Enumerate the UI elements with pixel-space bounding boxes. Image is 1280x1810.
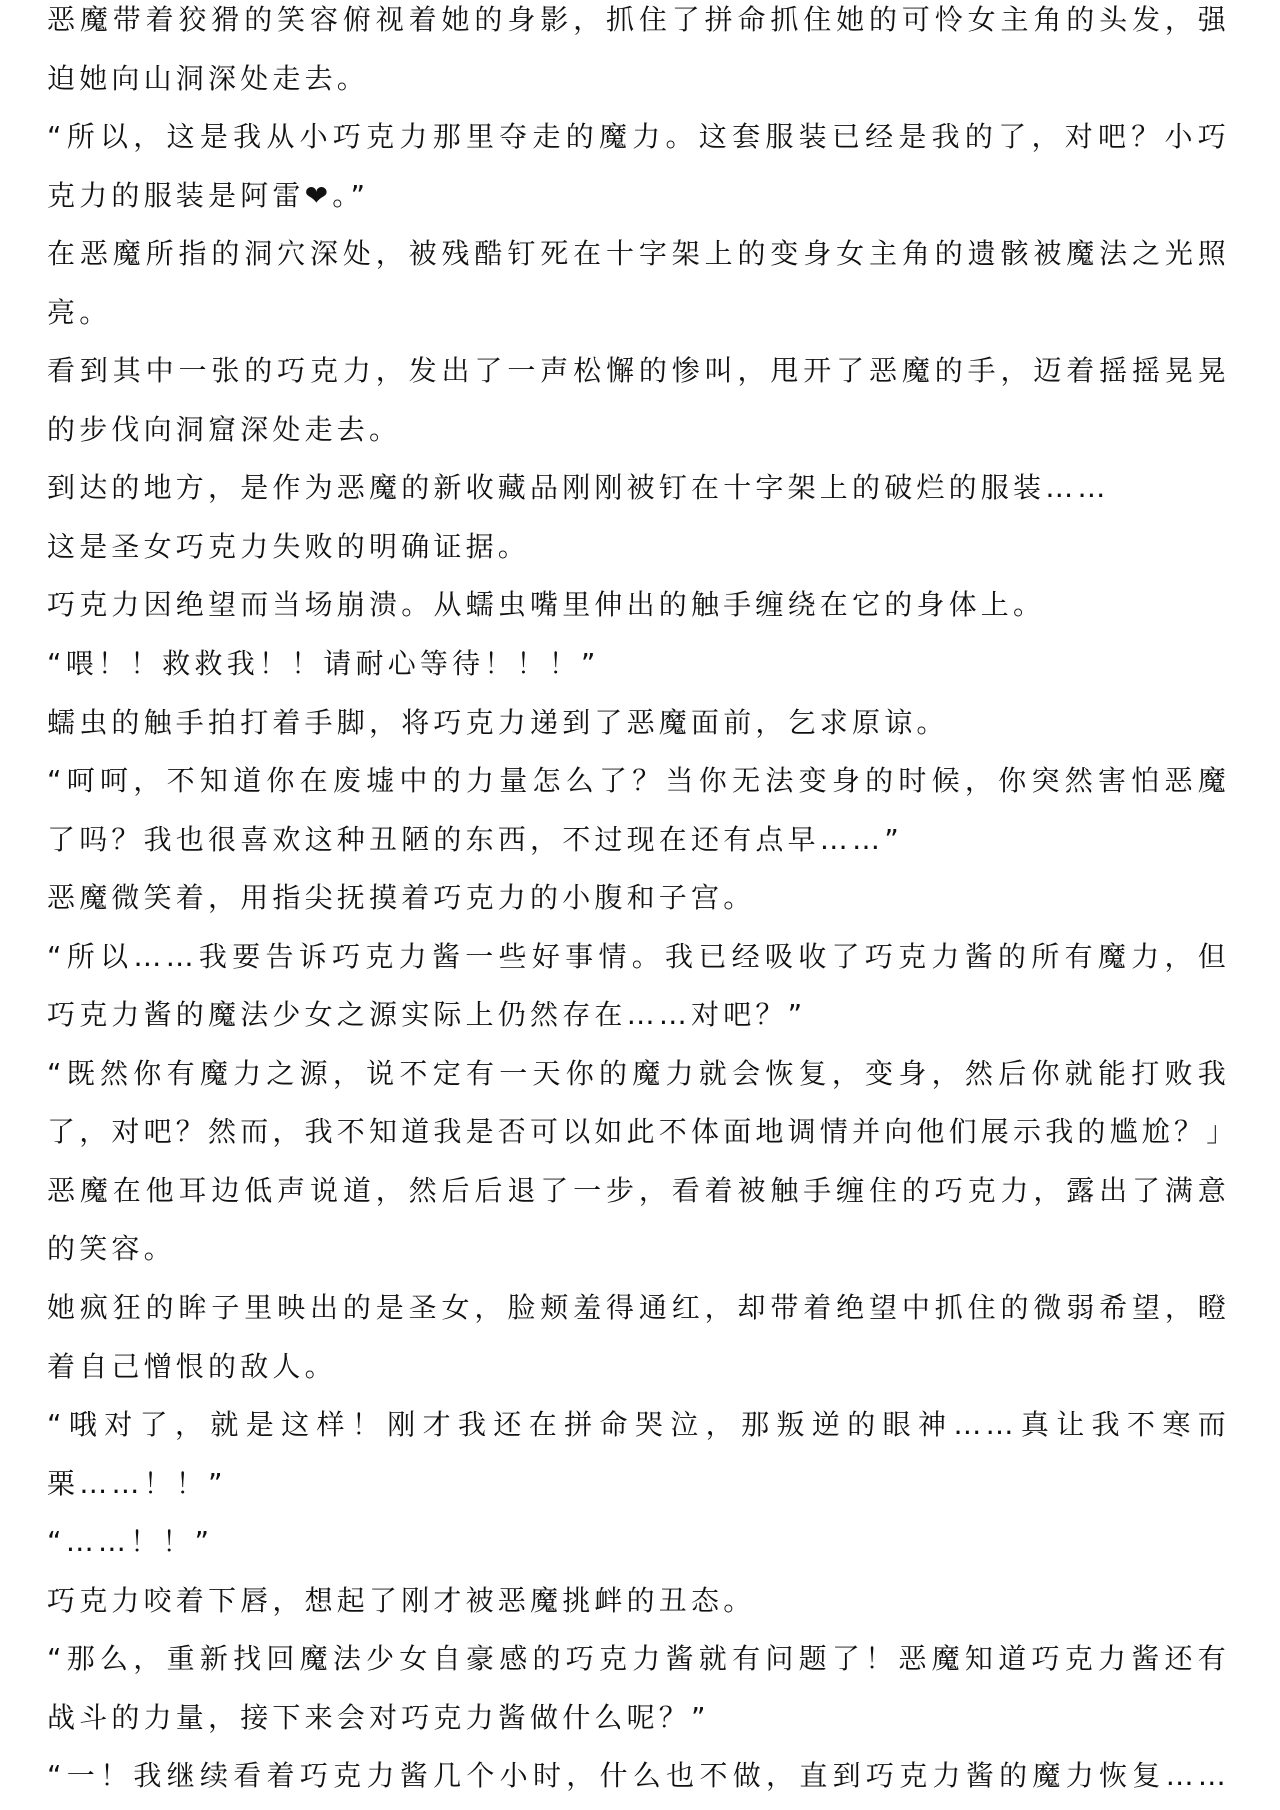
text-line: 亮。 <box>47 284 1230 343</box>
text-line: 栗……！！” <box>47 1455 1230 1514</box>
text-line: 着自己憎恨的敌人。 <box>47 1338 1230 1397</box>
text-line: 她疯狂的眸子里映出的是圣女，脸颊羞得通红，却带着绝望中抓住的微弱希望，瞪 <box>47 1279 1230 1338</box>
paragraph: “所以，这是我从小巧克力那里夺走的魔力。这套服装已经是我的了，对吧？小巧 克力的… <box>47 108 1230 225</box>
paragraph: 蠕虫的触手拍打着手脚，将巧克力递到了恶魔面前，乞求原谅。 <box>47 694 1230 753</box>
text-line: 的笑容。 <box>47 1220 1230 1279</box>
text-line: “那么，重新找回魔法少女自豪感的巧克力酱就有问题了！恶魔知道巧克力酱还有 <box>47 1630 1230 1689</box>
text-line: 看到其中一张的巧克力，发出了一声松懈的惨叫，甩开了恶魔的手，迈着摇摇晃晃 <box>47 342 1230 401</box>
text-line: 到达的地方，是作为恶魔的新收藏品刚刚被钉在十字架上的破烂的服装…… <box>47 459 1230 518</box>
paragraph: “一！我继续看着巧克力酱几个小时，什么也不做，直到巧克力酱的魔力恢复…… <box>47 1747 1230 1806</box>
paragraph: 这是圣女巧克力失败的明确证据。 <box>47 518 1230 577</box>
paragraph: “所以……我要告诉巧克力酱一些好事情。我已经吸收了巧克力酱的所有魔力，但 巧克力… <box>47 928 1230 1045</box>
paragraph: 看到其中一张的巧克力，发出了一声松懈的惨叫，甩开了恶魔的手，迈着摇摇晃晃 的步伐… <box>47 342 1230 459</box>
text-line: 恶魔微笑着，用指尖抚摸着巧克力的小腹和子宫。 <box>47 869 1230 928</box>
text-line: 这是圣女巧克力失败的明确证据。 <box>47 518 1230 577</box>
paragraph: 到达的地方，是作为恶魔的新收藏品刚刚被钉在十字架上的破烂的服装…… <box>47 459 1230 518</box>
paragraph: 她疯狂的眸子里映出的是圣女，脸颊羞得通红，却带着绝望中抓住的微弱希望，瞪 着自己… <box>47 1279 1230 1396</box>
paragraph: “既然你有魔力之源，说不定有一天你的魔力就会恢复，变身，然后你就能打败我 了，对… <box>47 1045 1230 1162</box>
text-line: 在恶魔所指的洞穴深处，被残酷钉死在十字架上的变身女主角的遗骸被魔法之光照 <box>47 225 1230 284</box>
text-line: “呵呵，不知道你在废墟中的力量怎么了？当你无法变身的时候，你突然害怕恶魔 <box>47 752 1230 811</box>
text-line: 巧克力因绝望而当场崩溃。从蠕虫嘴里伸出的触手缠绕在它的身体上。 <box>47 576 1230 635</box>
text-line: “既然你有魔力之源，说不定有一天你的魔力就会恢复，变身，然后你就能打败我 <box>47 1045 1230 1104</box>
paragraph: “哦对了，就是这样！刚才我还在拼命哭泣，那叛逆的眼神……真让我不寒而 栗……！！… <box>47 1396 1230 1513</box>
paragraph: “那么，重新找回魔法少女自豪感的巧克力酱就有问题了！恶魔知道巧克力酱还有 战斗的… <box>47 1630 1230 1747</box>
text-line: “所以……我要告诉巧克力酱一些好事情。我已经吸收了巧克力酱的所有魔力，但 <box>47 928 1230 987</box>
text-line: “所以，这是我从小巧克力那里夺走的魔力。这套服装已经是我的了，对吧？小巧 <box>47 108 1230 167</box>
text-line: 巧克力酱的魔法少女之源实际上仍然存在……对吧？” <box>47 986 1230 1045</box>
paragraph: “喂！！救救我！！请耐心等待！！！” <box>47 635 1230 694</box>
paragraph: 巧克力因绝望而当场崩溃。从蠕虫嘴里伸出的触手缠绕在它的身体上。 <box>47 576 1230 635</box>
text-line: 迫她向山洞深处走去。 <box>47 50 1230 109</box>
text-line: “一！我继续看着巧克力酱几个小时，什么也不做，直到巧克力酱的魔力恢复…… <box>47 1747 1230 1806</box>
paragraph: 在恶魔所指的洞穴深处，被残酷钉死在十字架上的变身女主角的遗骸被魔法之光照 亮。 <box>47 225 1230 342</box>
text-line: “哦对了，就是这样！刚才我还在拼命哭泣，那叛逆的眼神……真让我不寒而 <box>47 1396 1230 1455</box>
text-line: “喂！！救救我！！请耐心等待！！！” <box>47 635 1230 694</box>
text-line: 战斗的力量，接下来会对巧克力酱做什么呢？” <box>47 1689 1230 1748</box>
text-line: “……！！” <box>47 1513 1230 1572</box>
paragraph: “呵呵，不知道你在废墟中的力量怎么了？当你无法变身的时候，你突然害怕恶魔 了吗？… <box>47 752 1230 869</box>
paragraph: “……！！” <box>47 1513 1230 1572</box>
text-line: 恶魔在他耳边低声说道，然后后退了一步，看着被触手缠住的巧克力，露出了满意 <box>47 1162 1230 1221</box>
text-line: 巧克力咬着下唇，想起了刚才被恶魔挑衅的丑态。 <box>47 1572 1230 1631</box>
paragraph: 恶魔在他耳边低声说道，然后后退了一步，看着被触手缠住的巧克力，露出了满意 的笑容… <box>47 1162 1230 1279</box>
text-line: 了吗？我也很喜欢这种丑陋的东西，不过现在还有点早……” <box>47 811 1230 870</box>
paragraph: 恶魔带着狡猾的笑容俯视着她的身影，抓住了拼命抓住她的可怜女主角的头发，强 迫她向… <box>47 0 1230 108</box>
document-page: 恶魔带着狡猾的笑容俯视着她的身影，抓住了拼命抓住她的可怜女主角的头发，强 迫她向… <box>47 0 1230 1806</box>
text-line: 的步伐向洞窟深处走去。 <box>47 401 1230 460</box>
text-line: 恶魔带着狡猾的笑容俯视着她的身影，抓住了拼命抓住她的可怜女主角的头发，强 <box>47 0 1230 50</box>
paragraph: 恶魔微笑着，用指尖抚摸着巧克力的小腹和子宫。 <box>47 869 1230 928</box>
text-line: 了，对吧？然而，我不知道我是否可以如此不体面地调情并向他们展示我的尴尬？」 <box>47 1103 1230 1162</box>
paragraph: 巧克力咬着下唇，想起了刚才被恶魔挑衅的丑态。 <box>47 1572 1230 1631</box>
text-line: 克力的服装是阿雷❤。” <box>47 167 1230 226</box>
text-line: 蠕虫的触手拍打着手脚，将巧克力递到了恶魔面前，乞求原谅。 <box>47 694 1230 753</box>
